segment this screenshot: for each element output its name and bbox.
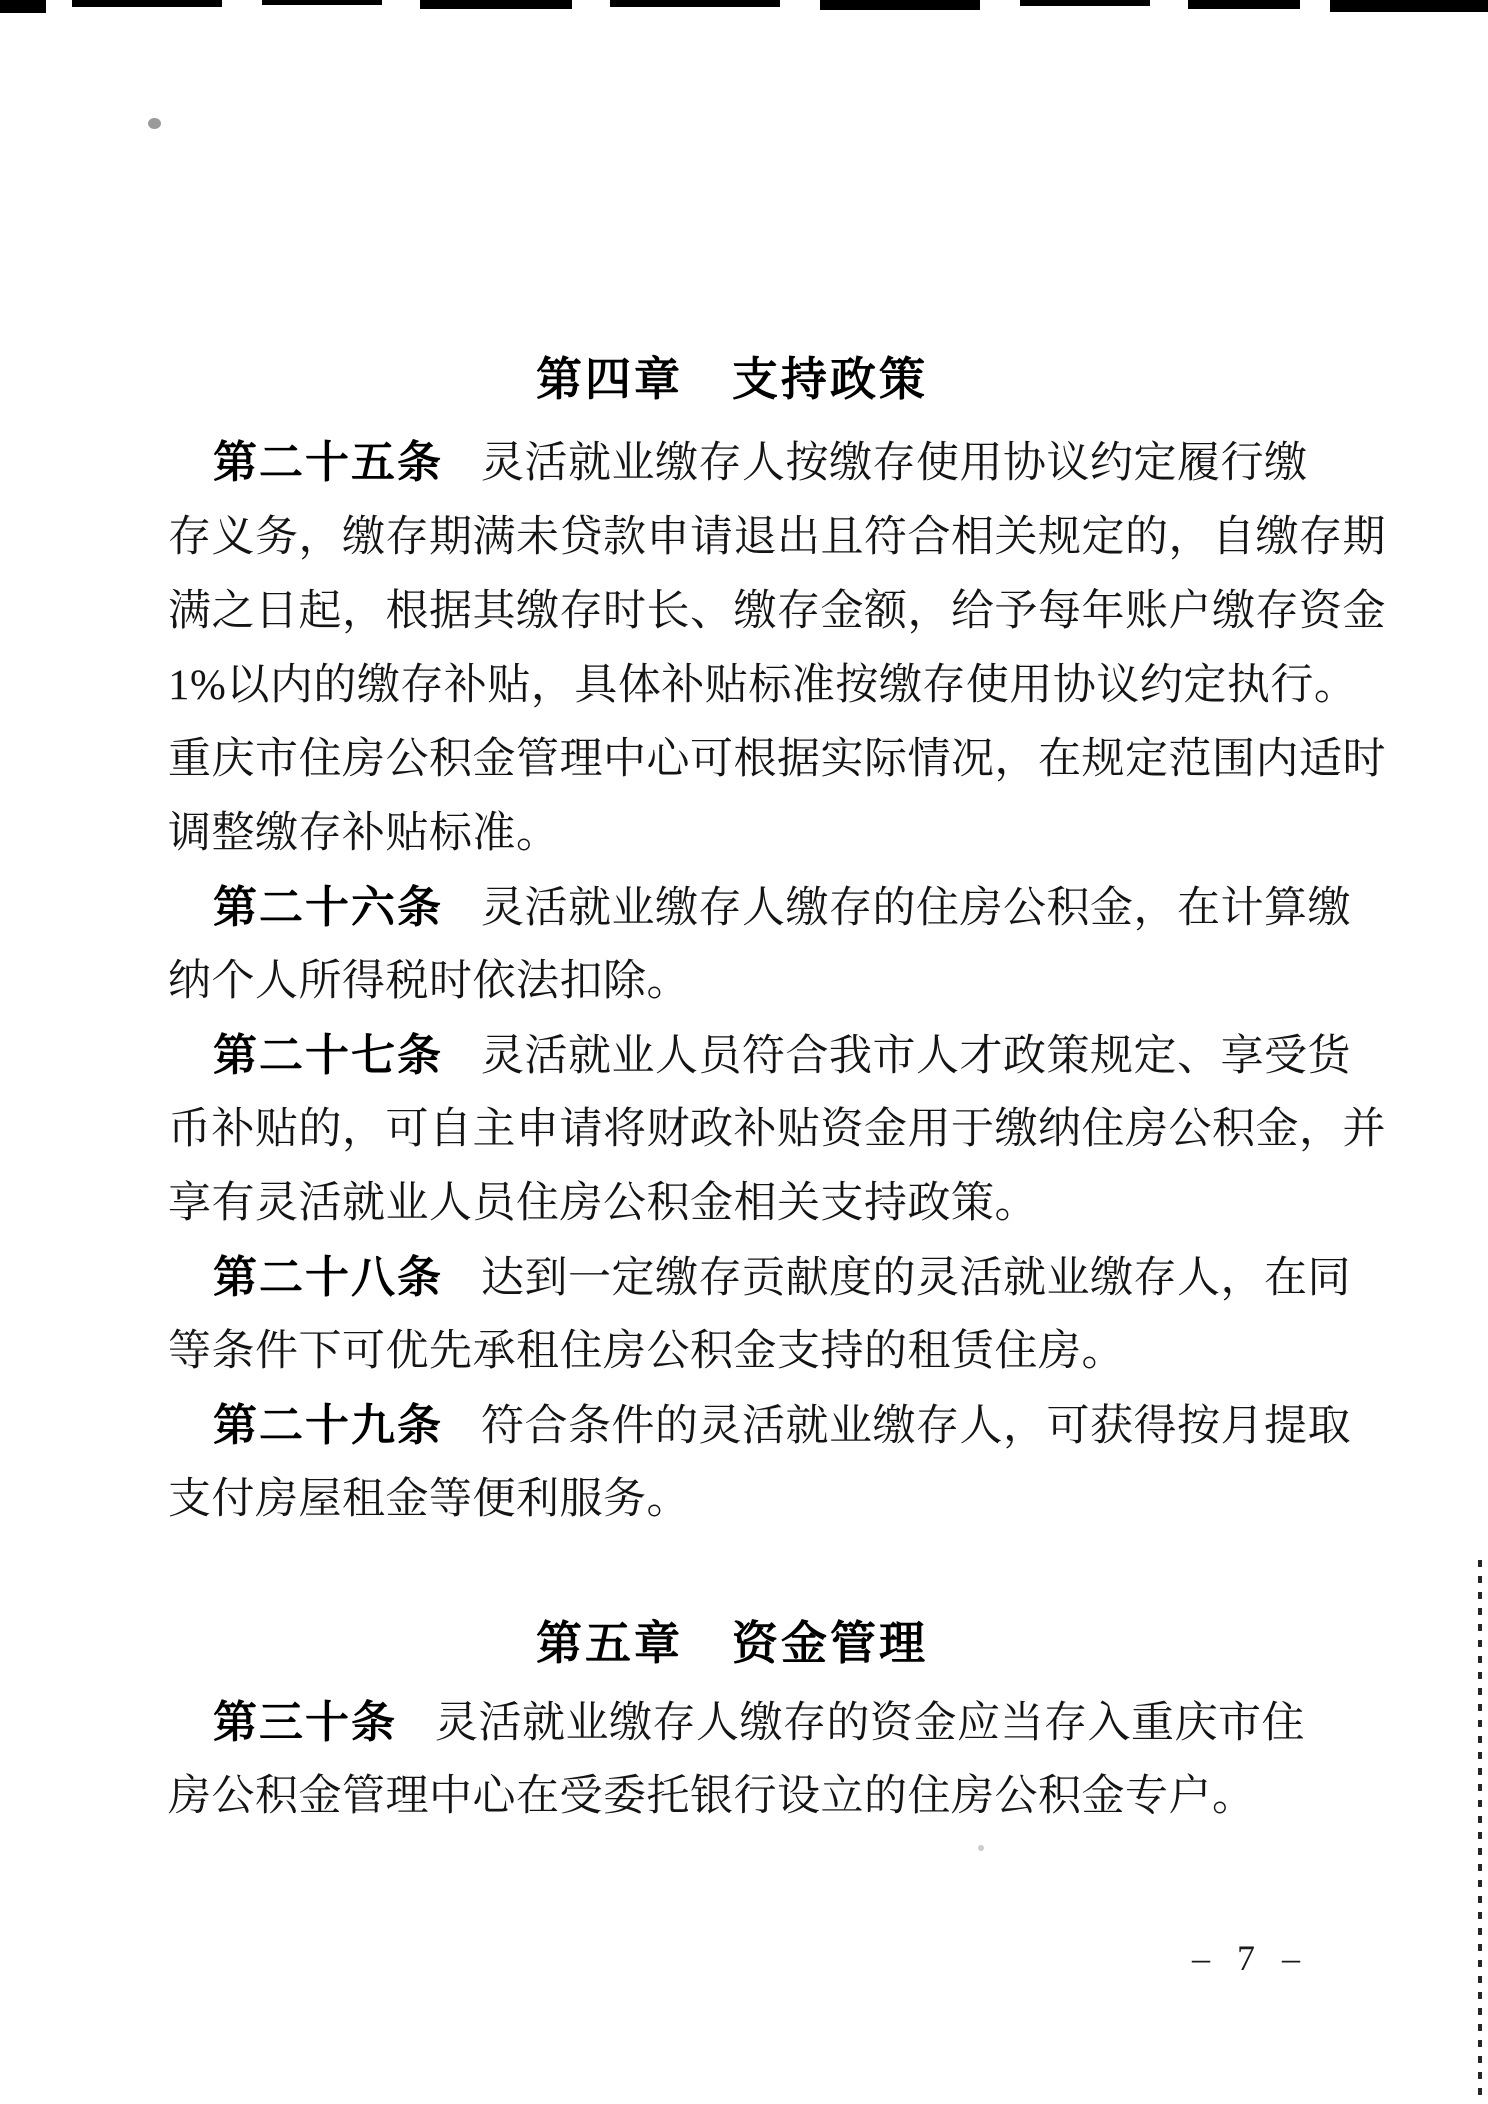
article-25-number: 第二十五条 [213,438,443,487]
scan-artifact-dashed-line [1478,1560,1482,2104]
scan-artifact [820,0,980,10]
scan-speck [148,118,161,129]
page-number: – 7 – [1192,1940,1309,1976]
article-28-number: 第二十八条 [213,1253,443,1302]
article-26-text: 灵活就业缴存人缴存的住房公积金，在计算缴 [481,885,1351,932]
article-25-line: 第二十五条灵活就业缴存人按缴存使用协议约定履行缴 [213,441,1308,485]
scan-artifact [1188,0,1300,9]
article-25-line: 调整缴存补贴标准。 [168,812,560,855]
scan-artifact [262,0,382,5]
article-30-line: 第三十条灵活就业缴存人缴存的资金应当存入重庆市住 [213,1701,1305,1745]
scan-artifact [72,0,222,7]
article-28-line: 等条件下可优先承租住房公积金支持的租赁住房。 [168,1330,1125,1373]
scan-artifact [1020,0,1150,6]
article-28-text: 达到一定缴存贡献度的灵活就业缴存人，在同 [481,1255,1351,1302]
document-page: 第四章 支持政策 第二十五条灵活就业缴存人按缴存使用协议约定履行缴 存义务，缴存… [0,0,1488,2104]
scan-artifact [420,0,572,9]
scan-artifact [610,0,780,7]
scan-artifact [0,0,46,13]
article-27-line: 币补贴的，可自主申请将财政补贴资金用于缴纳住房公积金，并 [168,1108,1386,1151]
article-29-line: 支付房屋租金等便利服务。 [168,1478,690,1521]
article-25-line: 满之日起，根据其缴存时长、缴存金额，给予每年账户缴存资金 [168,590,1386,633]
article-25-text: 灵活就业缴存人按缴存使用协议约定履行缴 [481,440,1308,487]
article-29-text: 符合条件的灵活就业缴存人，可获得按月提取 [481,1403,1351,1450]
article-25-line: 重庆市住房公积金管理中心可根据实际情况，在规定范围内适时 [168,738,1386,781]
article-26-line: 纳个人所得税时依法扣除。 [168,960,690,1003]
article-26-number: 第二十六条 [213,883,443,932]
article-25-line: 1%以内的缴存补贴，具体补贴标准按缴存使用协议约定执行。 [168,664,1357,707]
article-30-number: 第三十条 [213,1698,397,1747]
chapter-5-title: 第五章 资金管理 [0,1620,1476,1666]
article-26-line: 第二十六条灵活就业缴存人缴存的住房公积金，在计算缴 [213,886,1351,930]
article-27-line: 第二十七条灵活就业人员符合我市人才政策规定、享受货 [213,1034,1351,1078]
scan-speck [978,1845,984,1851]
article-29-number: 第二十九条 [213,1401,443,1450]
article-30-line: 房公积金管理中心在受委托银行设立的住房公积金专户。 [168,1775,1256,1818]
article-25-line: 存义务，缴存期满未贷款申请退出且符合相关规定的，自缴存期 [168,516,1386,559]
article-28-line: 第二十八条达到一定缴存贡献度的灵活就业缴存人，在同 [213,1256,1351,1300]
article-27-number: 第二十七条 [213,1031,443,1080]
chapter-4-title: 第四章 支持政策 [0,356,1476,402]
article-27-text: 灵活就业人员符合我市人才政策规定、享受货 [481,1033,1351,1080]
article-27-line: 享有灵活就业人员住房公积金相关支持政策。 [168,1182,1038,1225]
article-29-line: 第二十九条符合条件的灵活就业缴存人，可获得按月提取 [213,1404,1351,1448]
article-30-text: 灵活就业缴存人缴存的资金应当存入重庆市住 [435,1700,1305,1747]
scan-artifact [1330,0,1488,12]
